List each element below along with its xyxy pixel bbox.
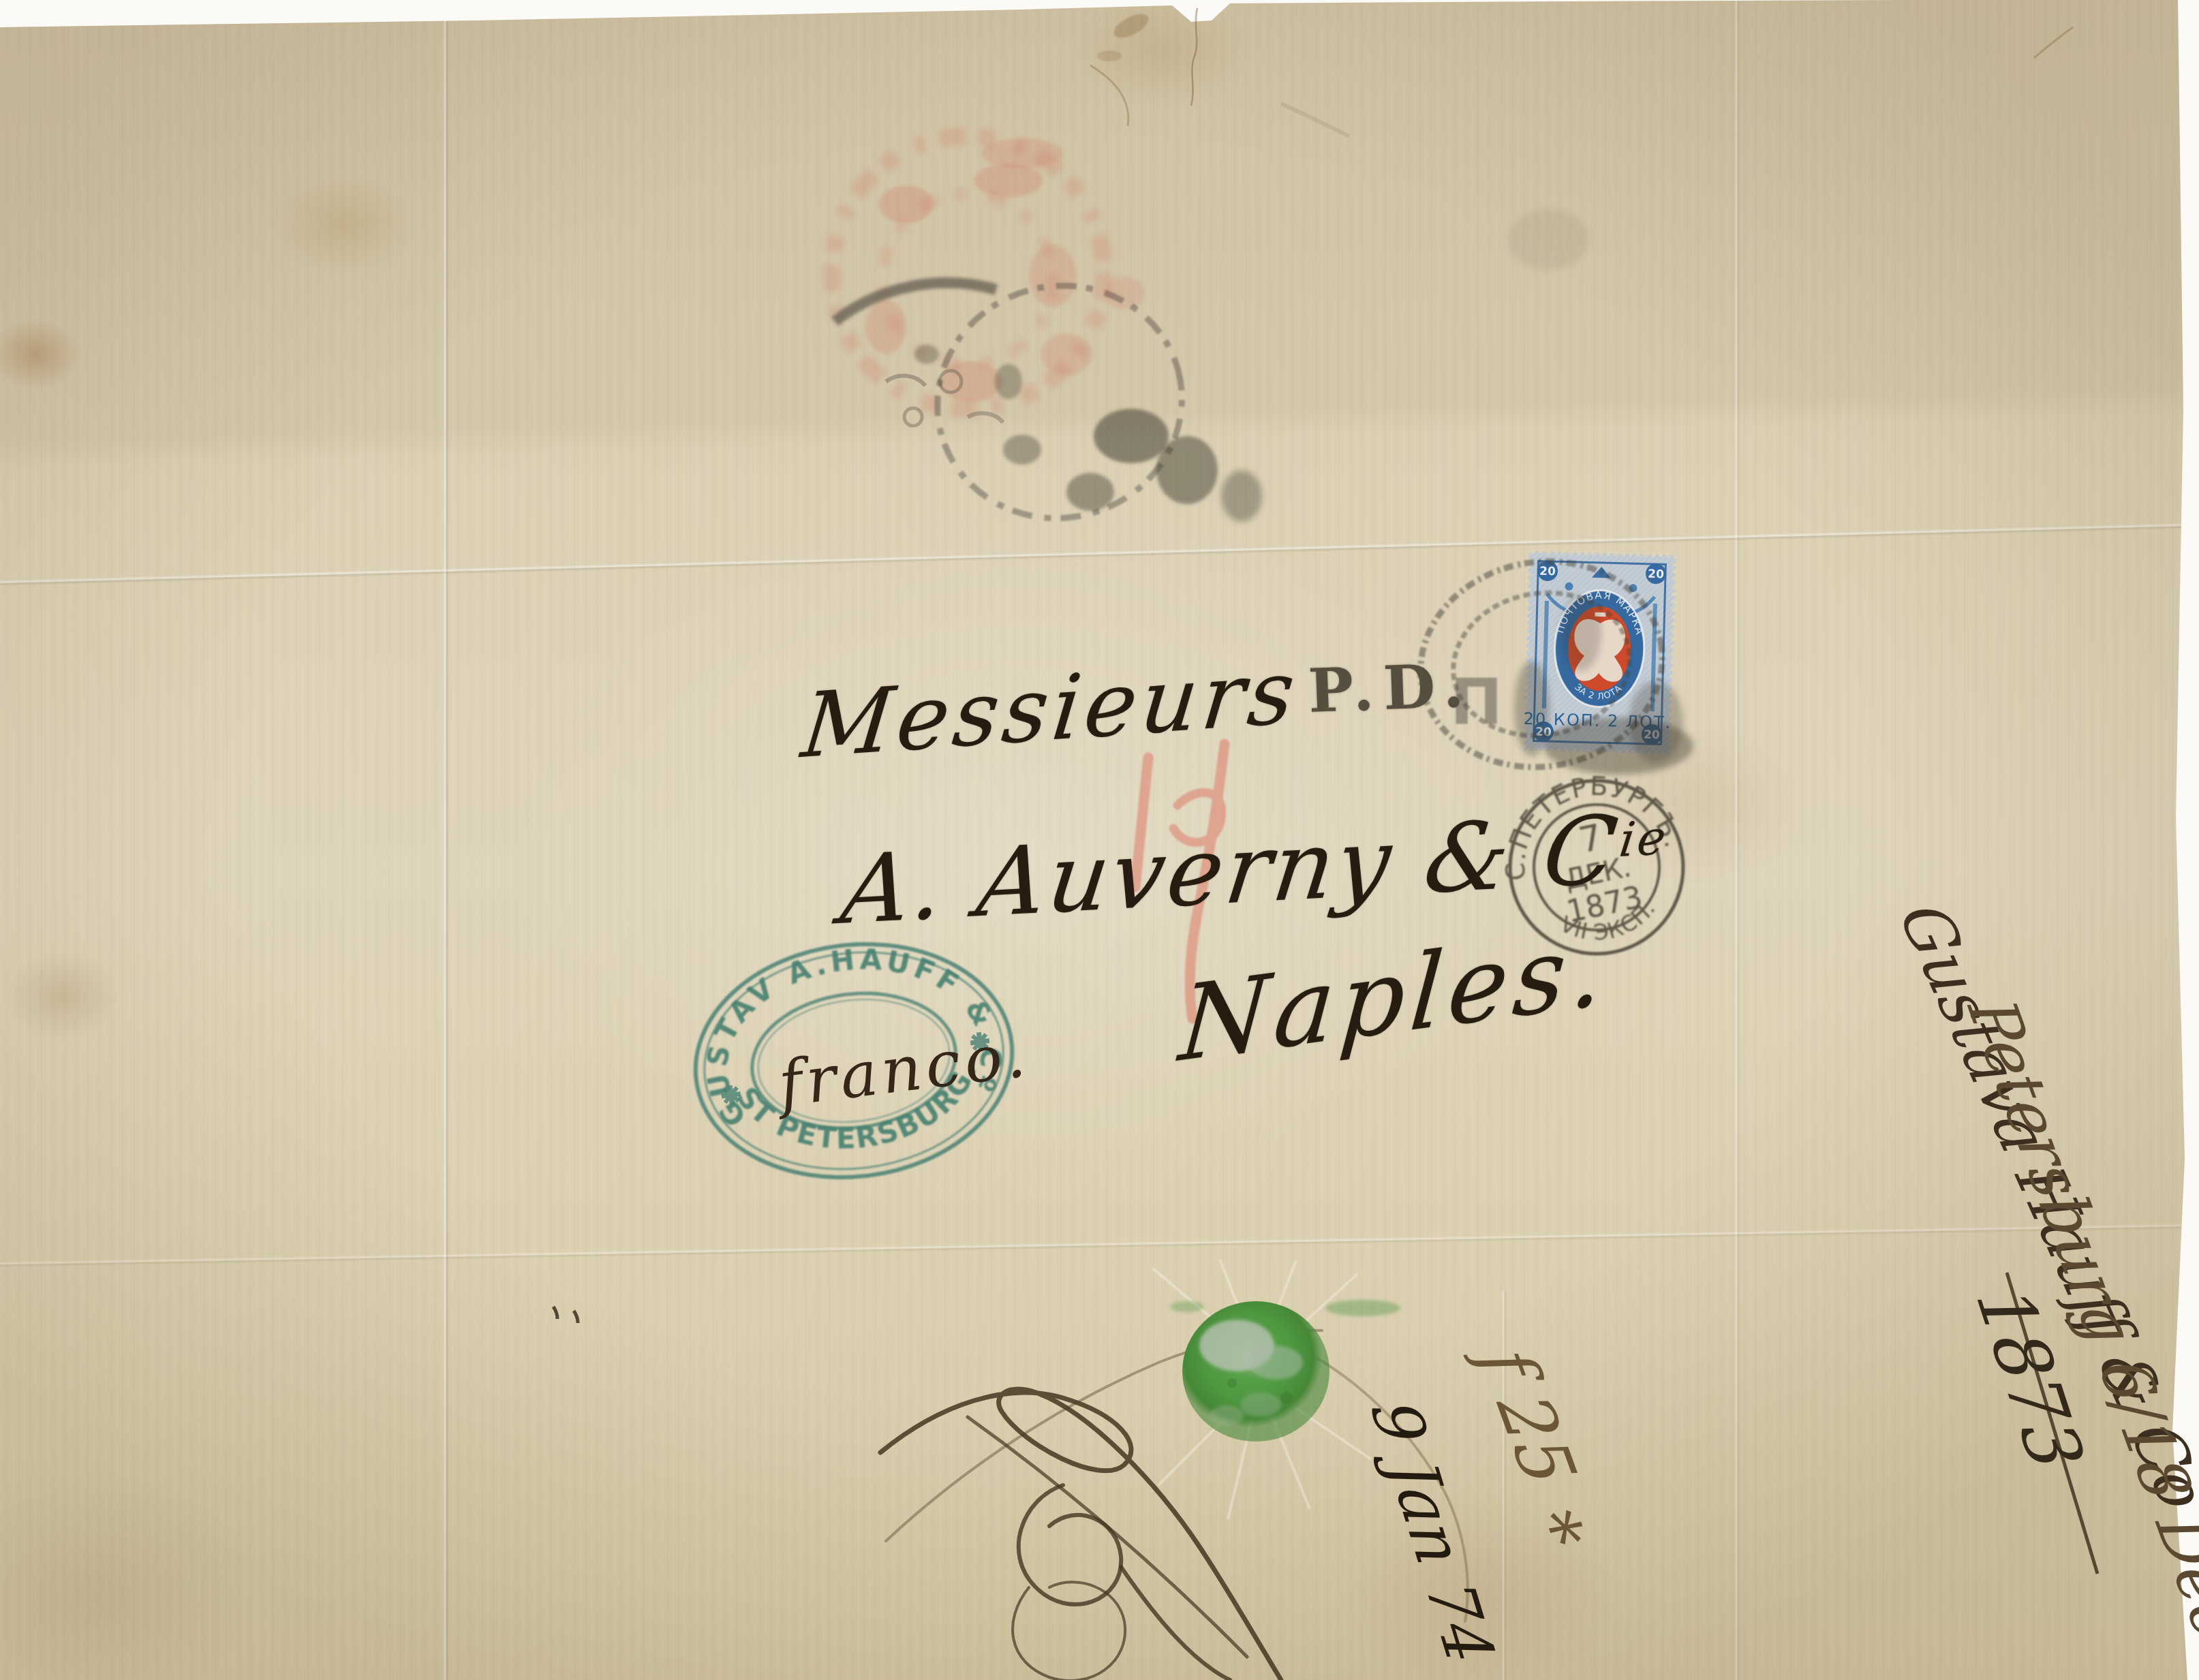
wax-seal (1153, 1259, 1400, 1519)
svg-text:20: 20 (1648, 567, 1664, 582)
red-transit-postmark (831, 136, 1145, 409)
addressee-suffix: ie (1616, 811, 1672, 868)
paid-to-destination-mark: P.D. (1307, 650, 1475, 726)
envelope-scan: ПОЧТОВАЯ МАРКА ЗА 2 ЛОТА 20 20 20 20 20 … (0, 0, 2199, 1680)
flourish-signature (880, 1331, 1468, 1680)
svg-text:20: 20 (1539, 565, 1556, 579)
